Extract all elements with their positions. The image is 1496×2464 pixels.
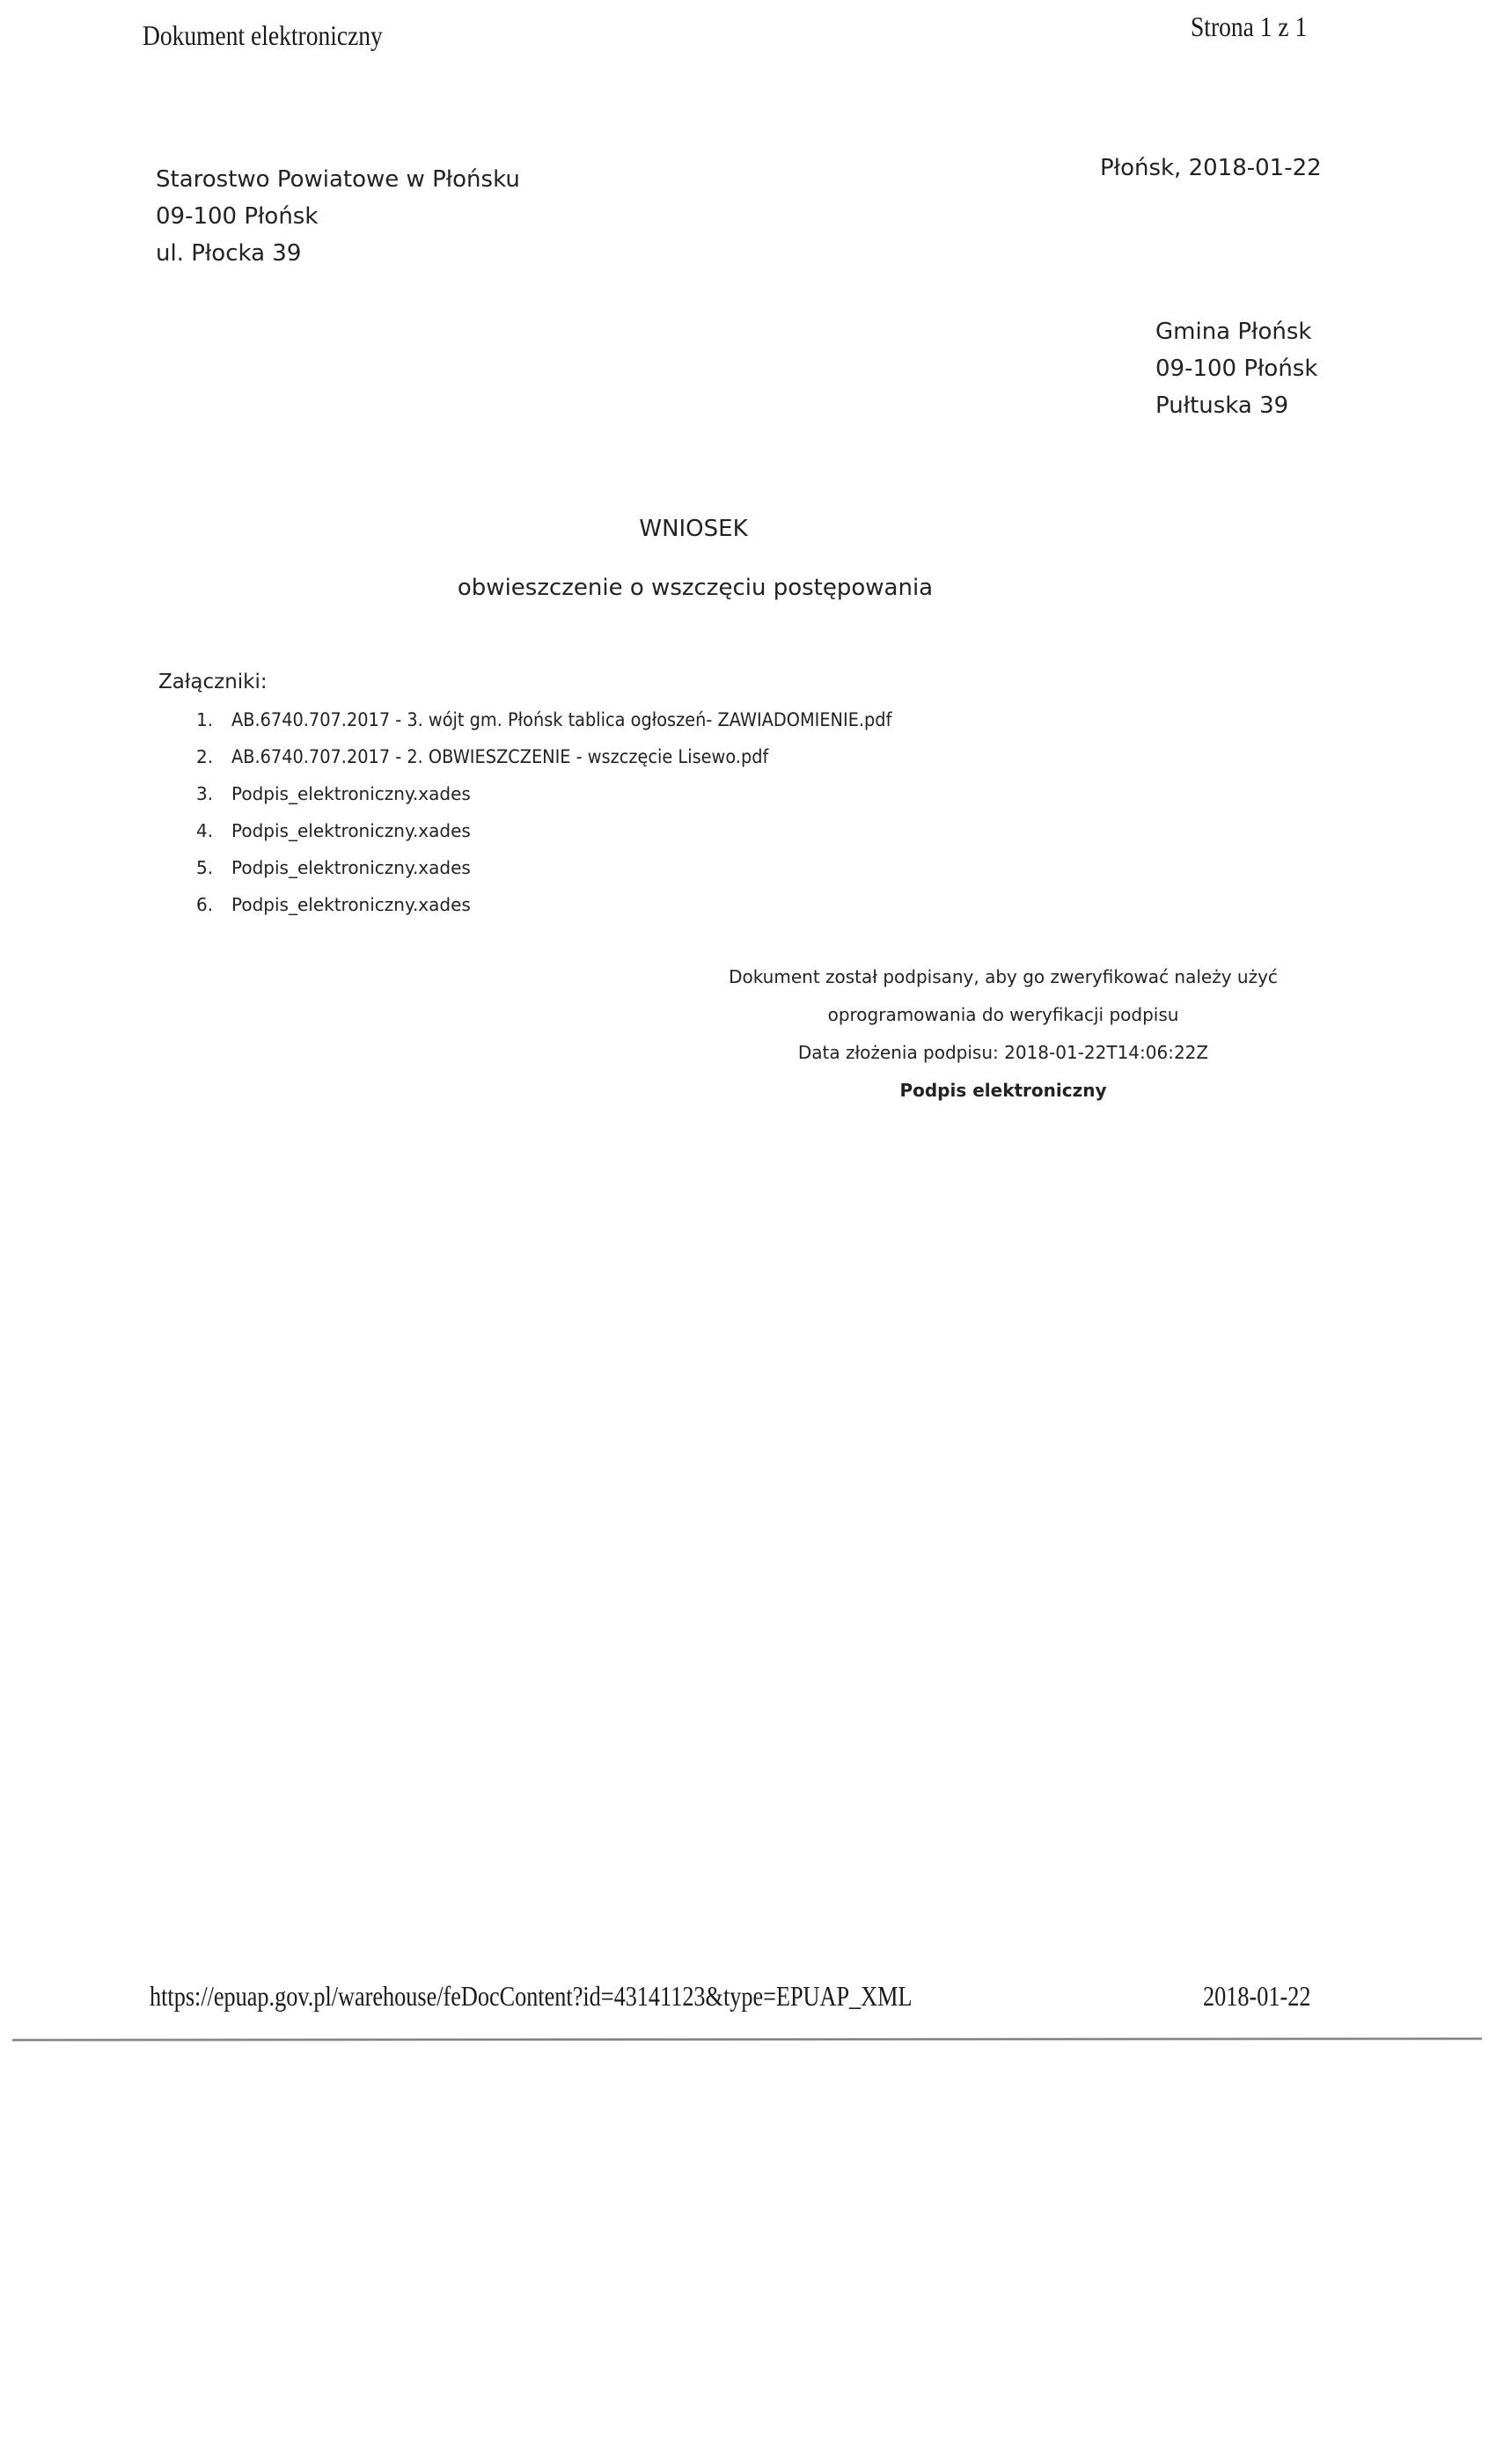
attachment-name: Podpis_elektroniczny.xades [231,820,471,841]
attachment-number: 1. [196,701,231,738]
attachment-number: 6. [196,886,231,923]
sender-street: ul. Płocka 39 [156,235,520,272]
signature-notice-line1: Dokument został podpisany, aby go zweryf… [704,958,1302,996]
print-header-title: Dokument elektroniczny [143,19,383,52]
recipient-name: Gmina Płońsk [1155,313,1317,350]
attachment-name: Podpis_elektroniczny.xades [231,857,471,878]
recipient-street: Pułtuska 39 [1155,387,1317,424]
attachment-number: 3. [196,775,231,812]
attachment-name: AB.6740.707.2017 - 2. OBWIESZCZENIE - ws… [231,738,768,775]
attachment-item: 4.Podpis_elektroniczny.xades [196,812,950,849]
document-subtitle: obwieszczenie o wszczęciu postępowania [0,575,1443,601]
attachment-item: 2.AB.6740.707.2017 - 2. OBWIESZCZENIE - … [196,738,950,775]
attachment-item: 5.Podpis_elektroniczny.xades [196,849,950,886]
attachment-item: 3.Podpis_elektroniczny.xades [196,775,950,812]
attachment-number: 5. [196,849,231,886]
attachment-number: 2. [196,738,231,775]
document-title: WNIOSEK [0,516,1441,542]
attachment-name: Podpis_elektroniczny.xades [231,894,471,915]
sender-address: Starostwo Powiatowe w Płońsku 09-100 Pło… [156,161,520,272]
attachment-name: Podpis_elektroniczny.xades [231,783,471,804]
recipient-address: Gmina Płońsk 09-100 Płońsk Pułtuska 39 [1155,313,1317,424]
sender-postal-city: 09-100 Płońsk [156,198,520,235]
attachment-name: AB.6740.707.2017 - 3. wójt gm. Płońsk ta… [231,701,891,738]
print-footer-date: 2018-01-22 [1203,1980,1310,2013]
signature-notice-line2: oprogramowania do weryfikacji podpisu [704,996,1302,1034]
attachment-number: 4. [196,812,231,849]
attachment-item: 6.Podpis_elektroniczny.xades [196,886,950,923]
recipient-postal-city: 09-100 Płońsk [1155,350,1317,387]
page-edge-divider [12,2037,1482,2041]
signature-block: Dokument został podpisany, aby go zweryf… [704,958,1302,1110]
sender-name: Starostwo Powiatowe w Płońsku [156,161,520,198]
print-footer-url: https://epuap.gov.pl/warehouse/feDocCont… [150,1980,912,2013]
signature-date: Data złożenia podpisu: 2018-01-22T14:06:… [704,1034,1302,1072]
place-date: Płońsk, 2018-01-22 [1100,155,1322,181]
attachment-item: 1.AB.6740.707.2017 - 3. wójt gm. Płońsk … [196,701,950,738]
page-indicator: Strona 1 z 1 [1191,11,1307,43]
attachments-label: Załączniki: [158,671,268,693]
attachments-list: 1.AB.6740.707.2017 - 3. wójt gm. Płońsk … [196,701,950,923]
signature-label: Podpis elektroniczny [704,1072,1302,1110]
